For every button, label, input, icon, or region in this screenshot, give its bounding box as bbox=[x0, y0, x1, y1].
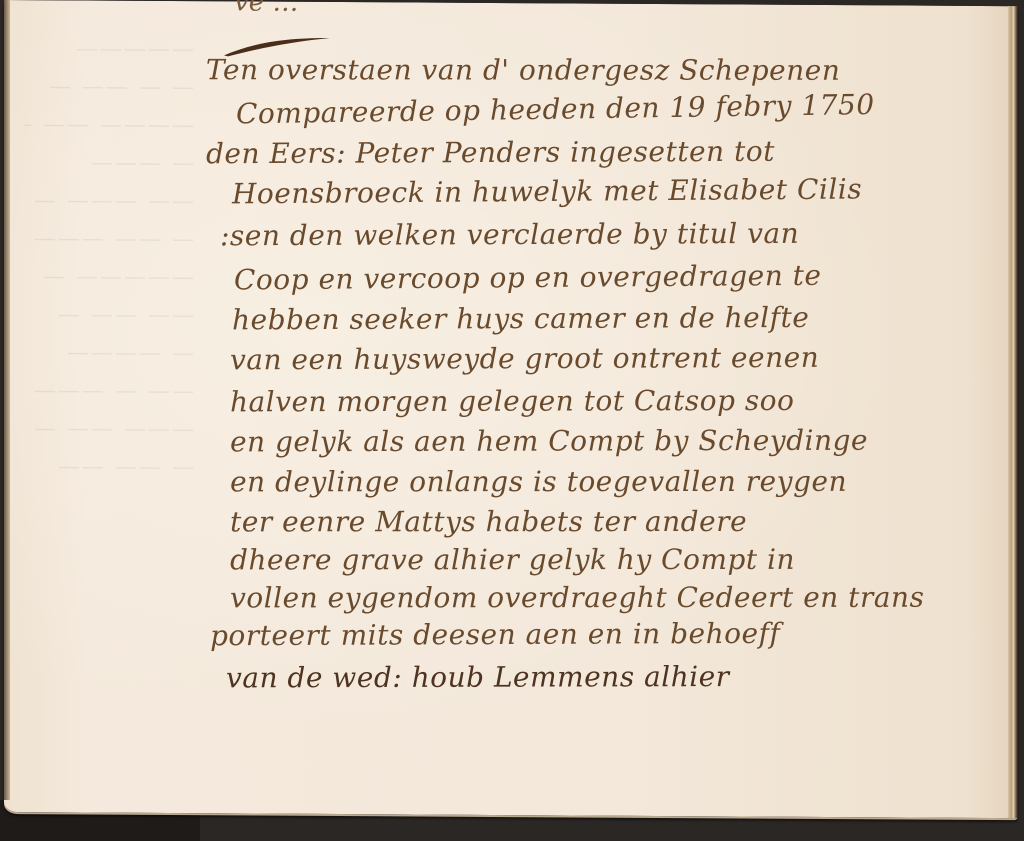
text-line-1: Ten overstaen van d' ondergesz Schepenen bbox=[206, 53, 840, 87]
text-line-14: vollen eygendom overdraeght Cedeert en t… bbox=[230, 581, 925, 615]
bleed-line: — — —— — bbox=[24, 68, 194, 107]
text-line-7: hebben seeker huys camer en de helfte bbox=[232, 301, 810, 337]
bleed-line: — ——— bbox=[24, 144, 194, 183]
manuscript-text: Ten overstaen van d' ondergesz Schepenen… bbox=[200, 1, 1010, 6]
bleed-line: —— — ——— bbox=[24, 372, 194, 411]
text-line-4: Hoensbroeck in huwelyk met Elisabet Cili… bbox=[232, 172, 863, 210]
text-line-9: halven morgen gelegen tot Catsop soo bbox=[230, 384, 795, 418]
text-line-15: porteert mits deesen aen en in behoeff bbox=[210, 617, 781, 652]
text-line-2: Compareerde op heeden den 19 febry 1750 bbox=[236, 88, 875, 130]
manuscript-page: ————— — — —— — ———— —— — — ——— —— ——— — … bbox=[4, 0, 1018, 818]
bleed-line: ————— — bbox=[24, 258, 194, 297]
text-line-6: Coop en vercoop op en overgedragen te bbox=[234, 259, 822, 297]
text-line-5: :sen den welken verclaerde by titul van bbox=[220, 217, 800, 253]
text-line-12: ter eenre Mattys habets ter andere bbox=[230, 505, 747, 538]
text-line-3: den Eers: Peter Penders ingesetten tot bbox=[206, 135, 775, 170]
top-fragment-text: ve … bbox=[234, 0, 298, 18]
bleed-through-text: ————— — — —— — ———— —— — — ——— —— ——— — … bbox=[24, 30, 194, 487]
text-line-16: van de wed: houb Lemmens alhier bbox=[226, 660, 730, 694]
page-left-edge bbox=[4, 0, 10, 800]
bleed-line: ————— bbox=[24, 30, 194, 69]
text-line-8: van een huysweyde groot ontrent eenen bbox=[230, 341, 820, 377]
bleed-line: — —— —— bbox=[24, 448, 194, 487]
book-binding-edge bbox=[1008, 6, 1018, 818]
text-line-13: dheere grave alhier gelyk hy Compt in bbox=[230, 543, 795, 576]
text-line-10: en gelyk als aen hem Compt by Scheydinge bbox=[230, 424, 868, 459]
bleed-line: ———— —— — bbox=[24, 106, 194, 145]
bleed-line: —— ——— — bbox=[24, 182, 194, 221]
bleed-line: ——— —— — bbox=[24, 410, 194, 449]
bleed-line: —— —— — bbox=[24, 296, 194, 335]
text-line-11: en deylinge onlangs is toegevallen reyge… bbox=[230, 465, 847, 499]
bleed-line: — —— ——— bbox=[24, 220, 194, 259]
bleed-line: — ———— bbox=[24, 334, 194, 373]
manuscript-scan: ————— — — —— — ———— —— — — ——— —— ——— — … bbox=[0, 0, 1024, 841]
